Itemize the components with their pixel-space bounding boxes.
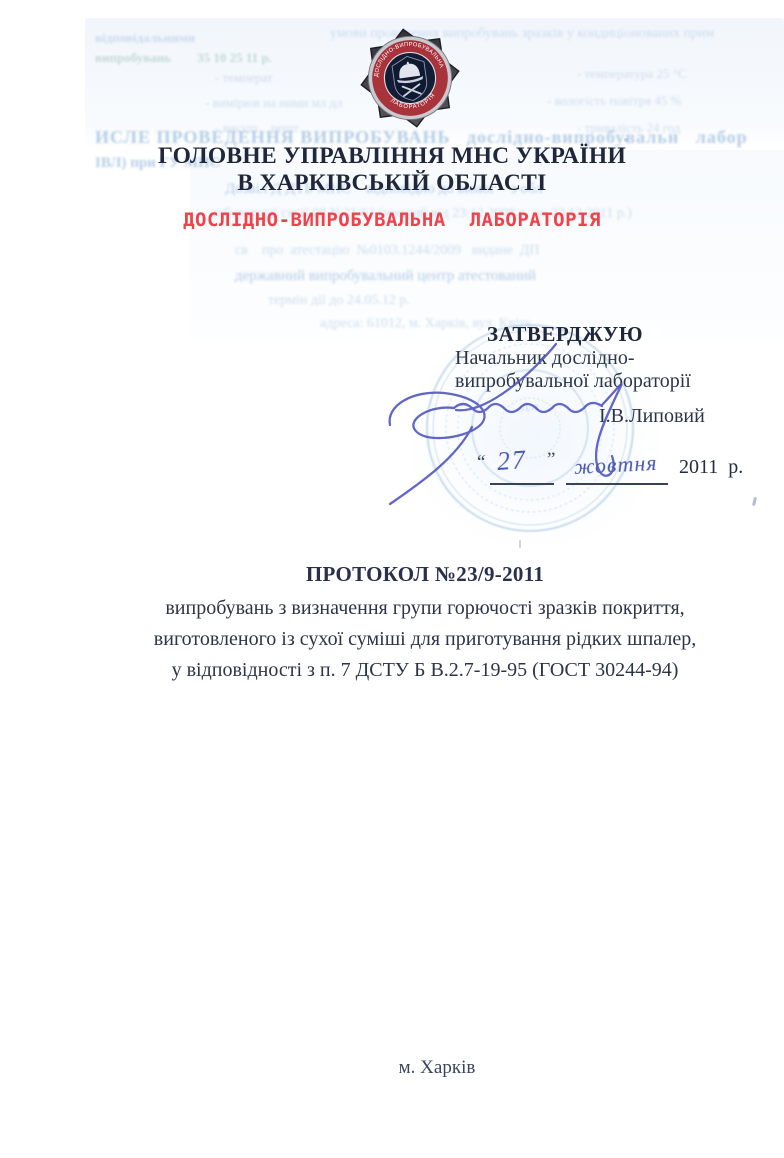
bleedthrough-text: термін дії до 24.05.12 р. <box>268 293 410 309</box>
bleedthrough-text: - вологість повітря 45 % <box>547 93 681 109</box>
protocol-number-title: ПРОТОКОЛ №23/9-2011 <box>95 562 755 587</box>
signature-squiggle <box>454 403 602 412</box>
bleedthrough-text: - вимірюв на ними мл дл <box>205 95 343 111</box>
approver-position-line2: випробувальної лабораторії <box>455 370 691 393</box>
protocol-description-line1: випробувань з визначення групи горючості… <box>95 593 755 624</box>
date-quote-close: ” <box>547 449 555 471</box>
signature-tail <box>390 427 472 504</box>
stamp-small-word: Для <box>522 402 539 413</box>
date-day-handwritten: 27 <box>496 445 528 477</box>
date-day-underline <box>490 483 554 485</box>
bleedthrough-text: св про атестацію №0103.1244/2009 видане … <box>235 243 539 259</box>
bleedthrough-text: державний випробувальний центр атестован… <box>235 268 536 285</box>
protocol-description-line2: виготовленого із сухої суміші для пригот… <box>95 624 755 655</box>
protocol-description-line3: у відповідності з п. 7 ДСТУ Б В.2.7-19-9… <box>95 655 755 686</box>
date-month-handwritten: жовтня <box>573 450 658 480</box>
ink-speck <box>752 497 757 506</box>
approval-title: ЗАТВЕРДЖУЮ <box>487 322 643 347</box>
bleedthrough-text: відповідальними <box>95 30 195 46</box>
date-year: 2011 р. <box>679 456 743 479</box>
approver-position-line1: Начальник дослідно- <box>455 347 634 370</box>
org-name-line2: В ХАРКІВСЬКІЙ ОБЛАСТІ <box>0 170 784 197</box>
approver-name: І.В.Липовий <box>599 405 705 428</box>
date-month-underline <box>566 483 668 485</box>
bleedthrough-text: - висуш решт <box>215 120 299 136</box>
bleedthrough-text: - температ <box>215 70 273 86</box>
protocol-title-block: ПРОТОКОЛ №23/9-2011 випробувань з визнач… <box>95 562 755 686</box>
ink-speck <box>624 138 628 142</box>
org-name-line1: ГОЛОВНЕ УПРАВЛІННЯ МНС УКРАЇНИ <box>0 143 784 170</box>
bleedthrough-text: випробувань 35 10 25 11 р. <box>95 50 272 66</box>
laboratory-badge-emblem: ДОСЛІДНО-ВИПРОБУВАЛЬНА ЛАБОРАТОРІЯ <box>351 19 468 136</box>
scanned-document-page: умови проведення випробувань зразків у к… <box>0 0 784 1158</box>
ink-speck <box>519 540 521 548</box>
bleedthrough-text: - тривалість 24 год <box>577 120 680 136</box>
fire-lab-badge-icon: ДОСЛІДНО-ВИПРОБУВАЛЬНА ЛАБОРАТОРІЯ <box>351 19 468 136</box>
signature-loop <box>390 393 485 438</box>
laboratory-name: ДОСЛІДНО-ВИПРОБУВАЛЬНА ЛАБОРАТОРІЯ <box>0 209 784 231</box>
footer-city: м. Харків <box>90 1057 784 1079</box>
date-quote-open: “ <box>477 452 485 474</box>
bleedthrough-text: - температура 25 °С <box>577 66 687 82</box>
organization-heading: ГОЛОВНЕ УПРАВЛІННЯ МНС УКРАЇНИ В ХАРКІВС… <box>0 143 784 197</box>
